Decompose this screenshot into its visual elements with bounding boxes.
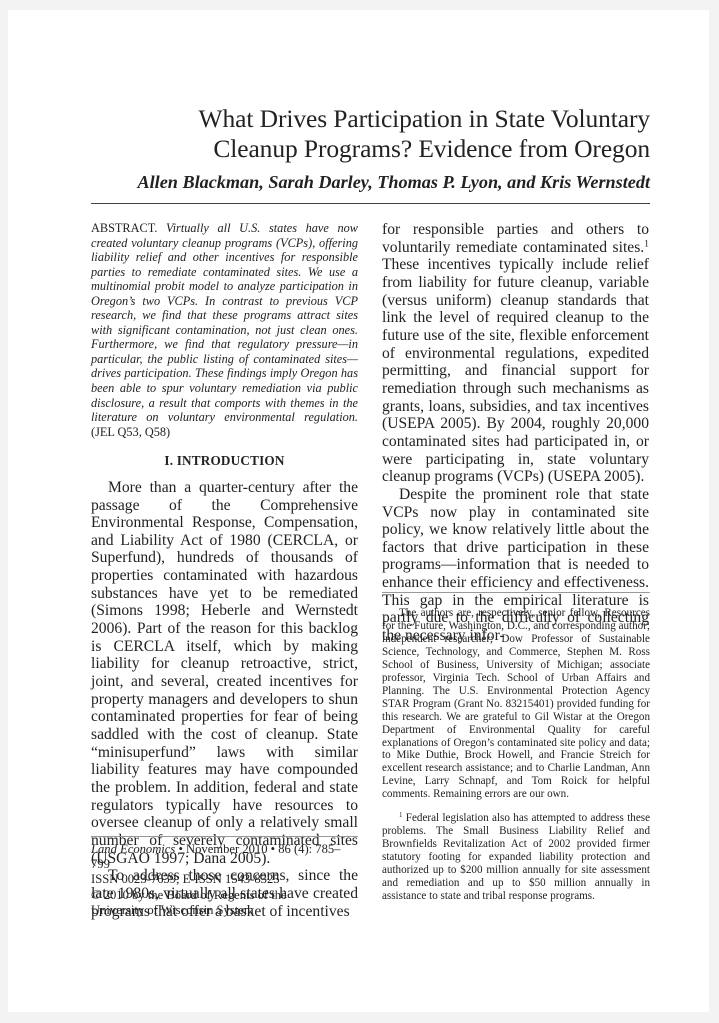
journal-info-divider	[91, 836, 358, 837]
intro-continued-text: for responsible parties and others to vo…	[382, 221, 649, 256]
abstract: ABSTRACT. Virtually all U.S. states have…	[91, 221, 358, 439]
right-column: for responsible parties and others to vo…	[382, 221, 649, 645]
abstract-body: Virtually all U.S. states have now creat…	[91, 221, 358, 424]
intro-continued-text-2: These incentives typically include relie…	[382, 256, 649, 485]
footnote-divider	[382, 592, 650, 593]
footnote-ref-1[interactable]: 1	[644, 238, 649, 249]
jel-codes: (JEL Q53, Q58)	[91, 425, 170, 439]
title-line-1: What Drives Participation in State Volun…	[150, 104, 650, 134]
journal-name: Land Economics	[91, 842, 175, 856]
abstract-label: ABSTRACT.	[91, 221, 157, 235]
journal-info: Land Economics • November 2010 • 86 (4):…	[91, 842, 358, 918]
intro-paragraph-2-continued: for responsible parties and others to vo…	[382, 221, 649, 486]
footnote-1-text: Federal legislation also has attempted t…	[382, 812, 650, 902]
author-affiliation-note: The authors are, respectively, senior fe…	[382, 607, 650, 801]
section-heading-introduction: I. INTRODUCTION	[91, 452, 358, 470]
journal-citation-line: Land Economics • November 2010 • 86 (4):…	[91, 842, 358, 872]
footnotes: The authors are, respectively, senior fe…	[382, 607, 650, 903]
footnote-1: 1 Federal legislation also has attempted…	[382, 812, 650, 903]
title-line-2: Cleanup Programs? Evidence from Oregon	[150, 134, 650, 164]
left-column: ABSTRACT. Virtually all U.S. states have…	[91, 221, 358, 920]
paper-title: What Drives Participation in State Volun…	[150, 104, 650, 164]
copyright-line-1: © 2010 by the Board of Regents of the	[91, 888, 358, 903]
intro-paragraph-1: More than a quarter-century after the pa…	[91, 479, 358, 867]
title-divider	[91, 203, 650, 204]
copyright-line-2: University of Wisconsin System	[91, 903, 358, 918]
journal-issn: ISSN 0023-7639; E-ISSN 1543-8325	[91, 872, 358, 887]
author-list: Allen Blackman, Sarah Darley, Thomas P. …	[80, 171, 650, 193]
